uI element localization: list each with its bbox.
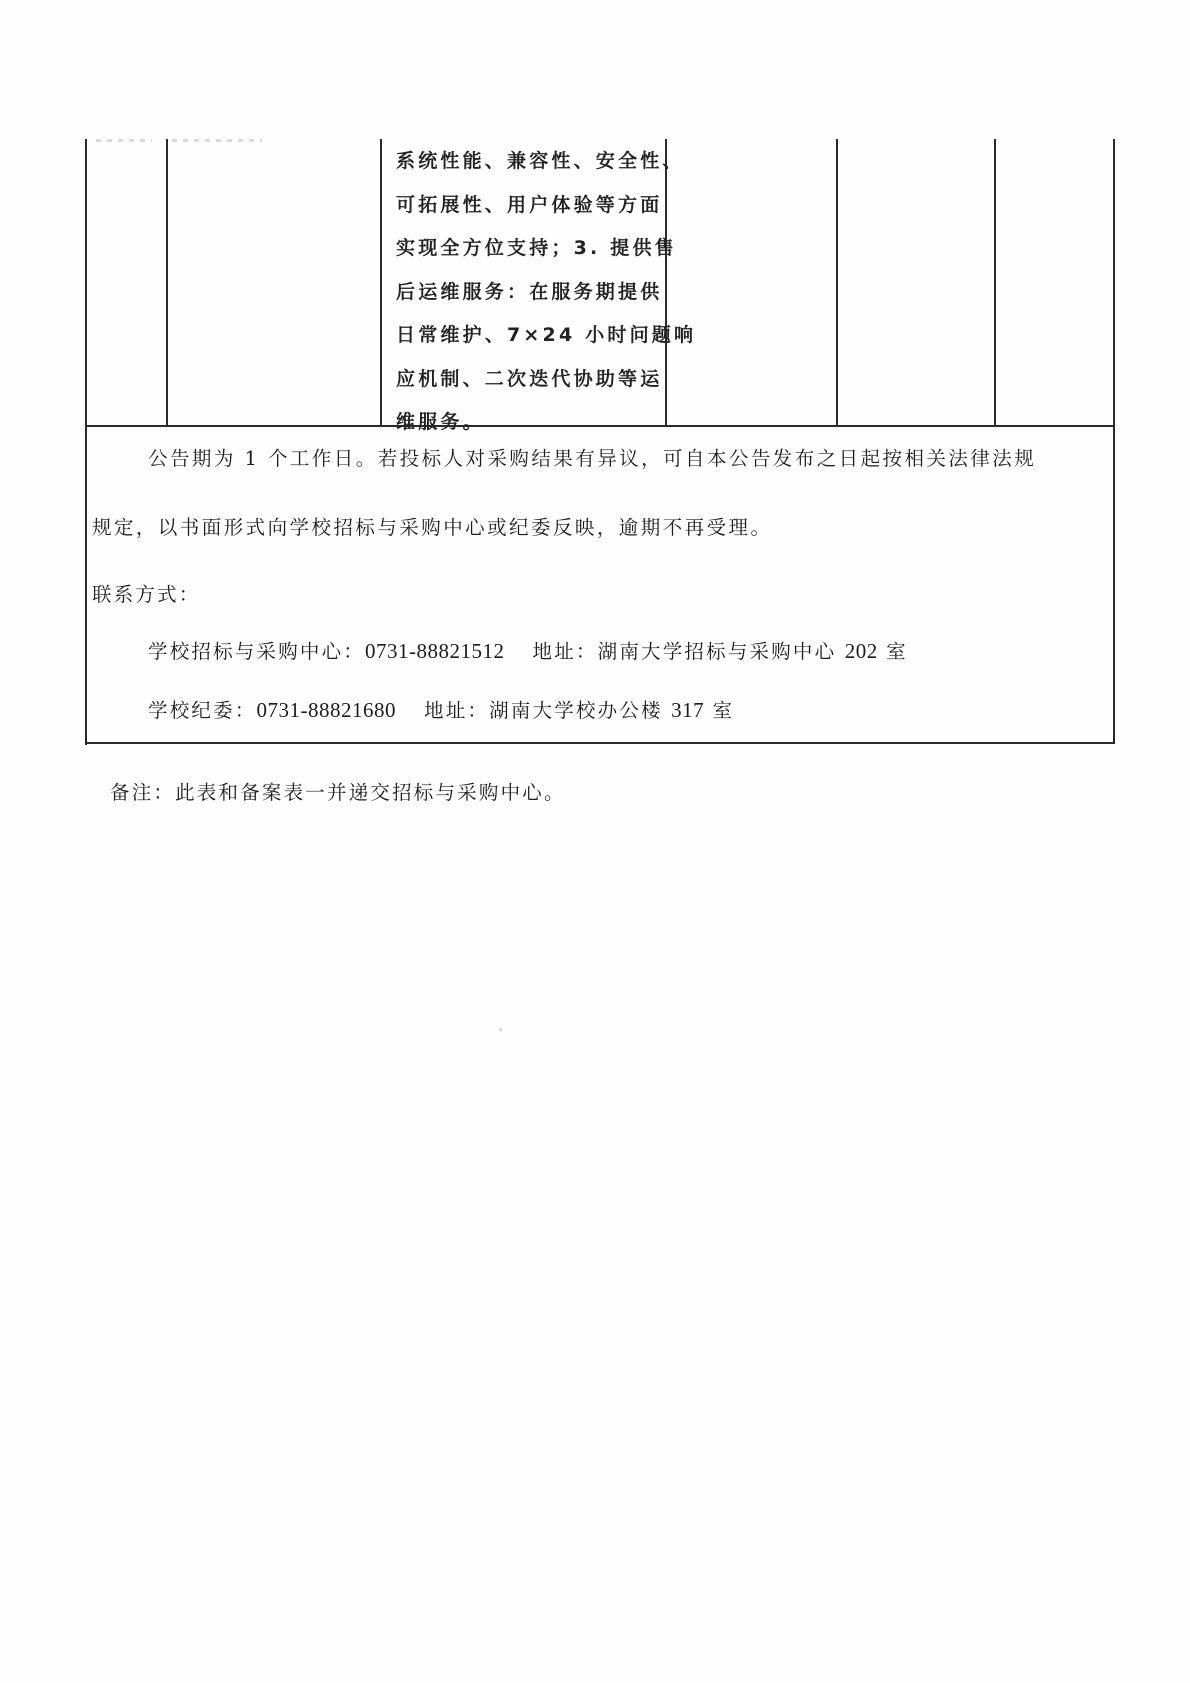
contact-label: 学校纪委： bbox=[148, 699, 257, 722]
notice-paragraph-line-1: 公告期为 1 个工作日。若投标人对采购结果有异议，可自本公告发布之日起按相关法律… bbox=[148, 443, 1036, 471]
scan-speck bbox=[499, 1028, 502, 1031]
address-text: 湖南大学招标与采购中心 bbox=[598, 640, 837, 663]
description-line: 系统性能、兼容性、安全性、 bbox=[396, 140, 656, 184]
description-line: 后运维服务：在服务期提供 bbox=[396, 271, 656, 315]
contact-discipline-committee: 学校纪委：0731-88821680地址：湖南大学校办公楼 317 室 bbox=[148, 695, 734, 723]
contact-procurement-center: 学校招标与采购中心：0731-88821512地址：湖南大学招标与采购中心 20… bbox=[148, 636, 908, 664]
table-column-divider bbox=[166, 139, 168, 427]
address-label: 地址： bbox=[424, 699, 489, 722]
description-line: 应机制、二次迭代协助等运 bbox=[396, 358, 656, 402]
cut-off-header-fragment bbox=[96, 139, 152, 142]
contact-heading: 联系方式： bbox=[92, 579, 201, 607]
table-column-divider bbox=[665, 139, 667, 427]
notice-paragraph-line-2: 规定，以书面形式向学校招标与采购中心或纪委反映，逾期不再受理。 bbox=[92, 512, 772, 540]
description-line: 实现全方位支持；3. 提供售 bbox=[396, 227, 656, 271]
contact-phone: 0731-88821512 bbox=[365, 639, 505, 663]
notice-section: 公告期为 1 个工作日。若投标人对采购结果有异议，可自本公告发布之日起按相关法律… bbox=[86, 427, 1114, 743]
table-column-divider bbox=[994, 139, 996, 425]
address-text: 湖南大学校办公楼 bbox=[489, 699, 663, 722]
table-column-divider bbox=[380, 139, 382, 427]
service-description-cell: 系统性能、兼容性、安全性、 可拓展性、用户体验等方面 实现全方位支持；3. 提供… bbox=[396, 140, 656, 445]
room-suffix: 室 bbox=[713, 699, 735, 722]
description-line: 日常维护、7×24 小时问题响 bbox=[396, 314, 656, 358]
document-page: 系统性能、兼容性、安全性、 可拓展性、用户体验等方面 实现全方位支持；3. 提供… bbox=[0, 0, 1190, 1683]
cut-off-header-fragment bbox=[172, 139, 262, 142]
description-line: 可拓展性、用户体验等方面 bbox=[396, 184, 656, 228]
room-suffix: 室 bbox=[886, 640, 908, 663]
address-label: 地址： bbox=[533, 640, 598, 663]
room-number: 317 bbox=[671, 698, 704, 722]
contact-label: 学校招标与采购中心： bbox=[148, 640, 365, 663]
table-column-divider bbox=[836, 139, 838, 426]
remark-note: 备注：此表和备案表一并递交招标与采购中心。 bbox=[110, 777, 566, 805]
contact-phone: 0731-88821680 bbox=[257, 698, 397, 722]
room-number: 202 bbox=[845, 639, 878, 663]
